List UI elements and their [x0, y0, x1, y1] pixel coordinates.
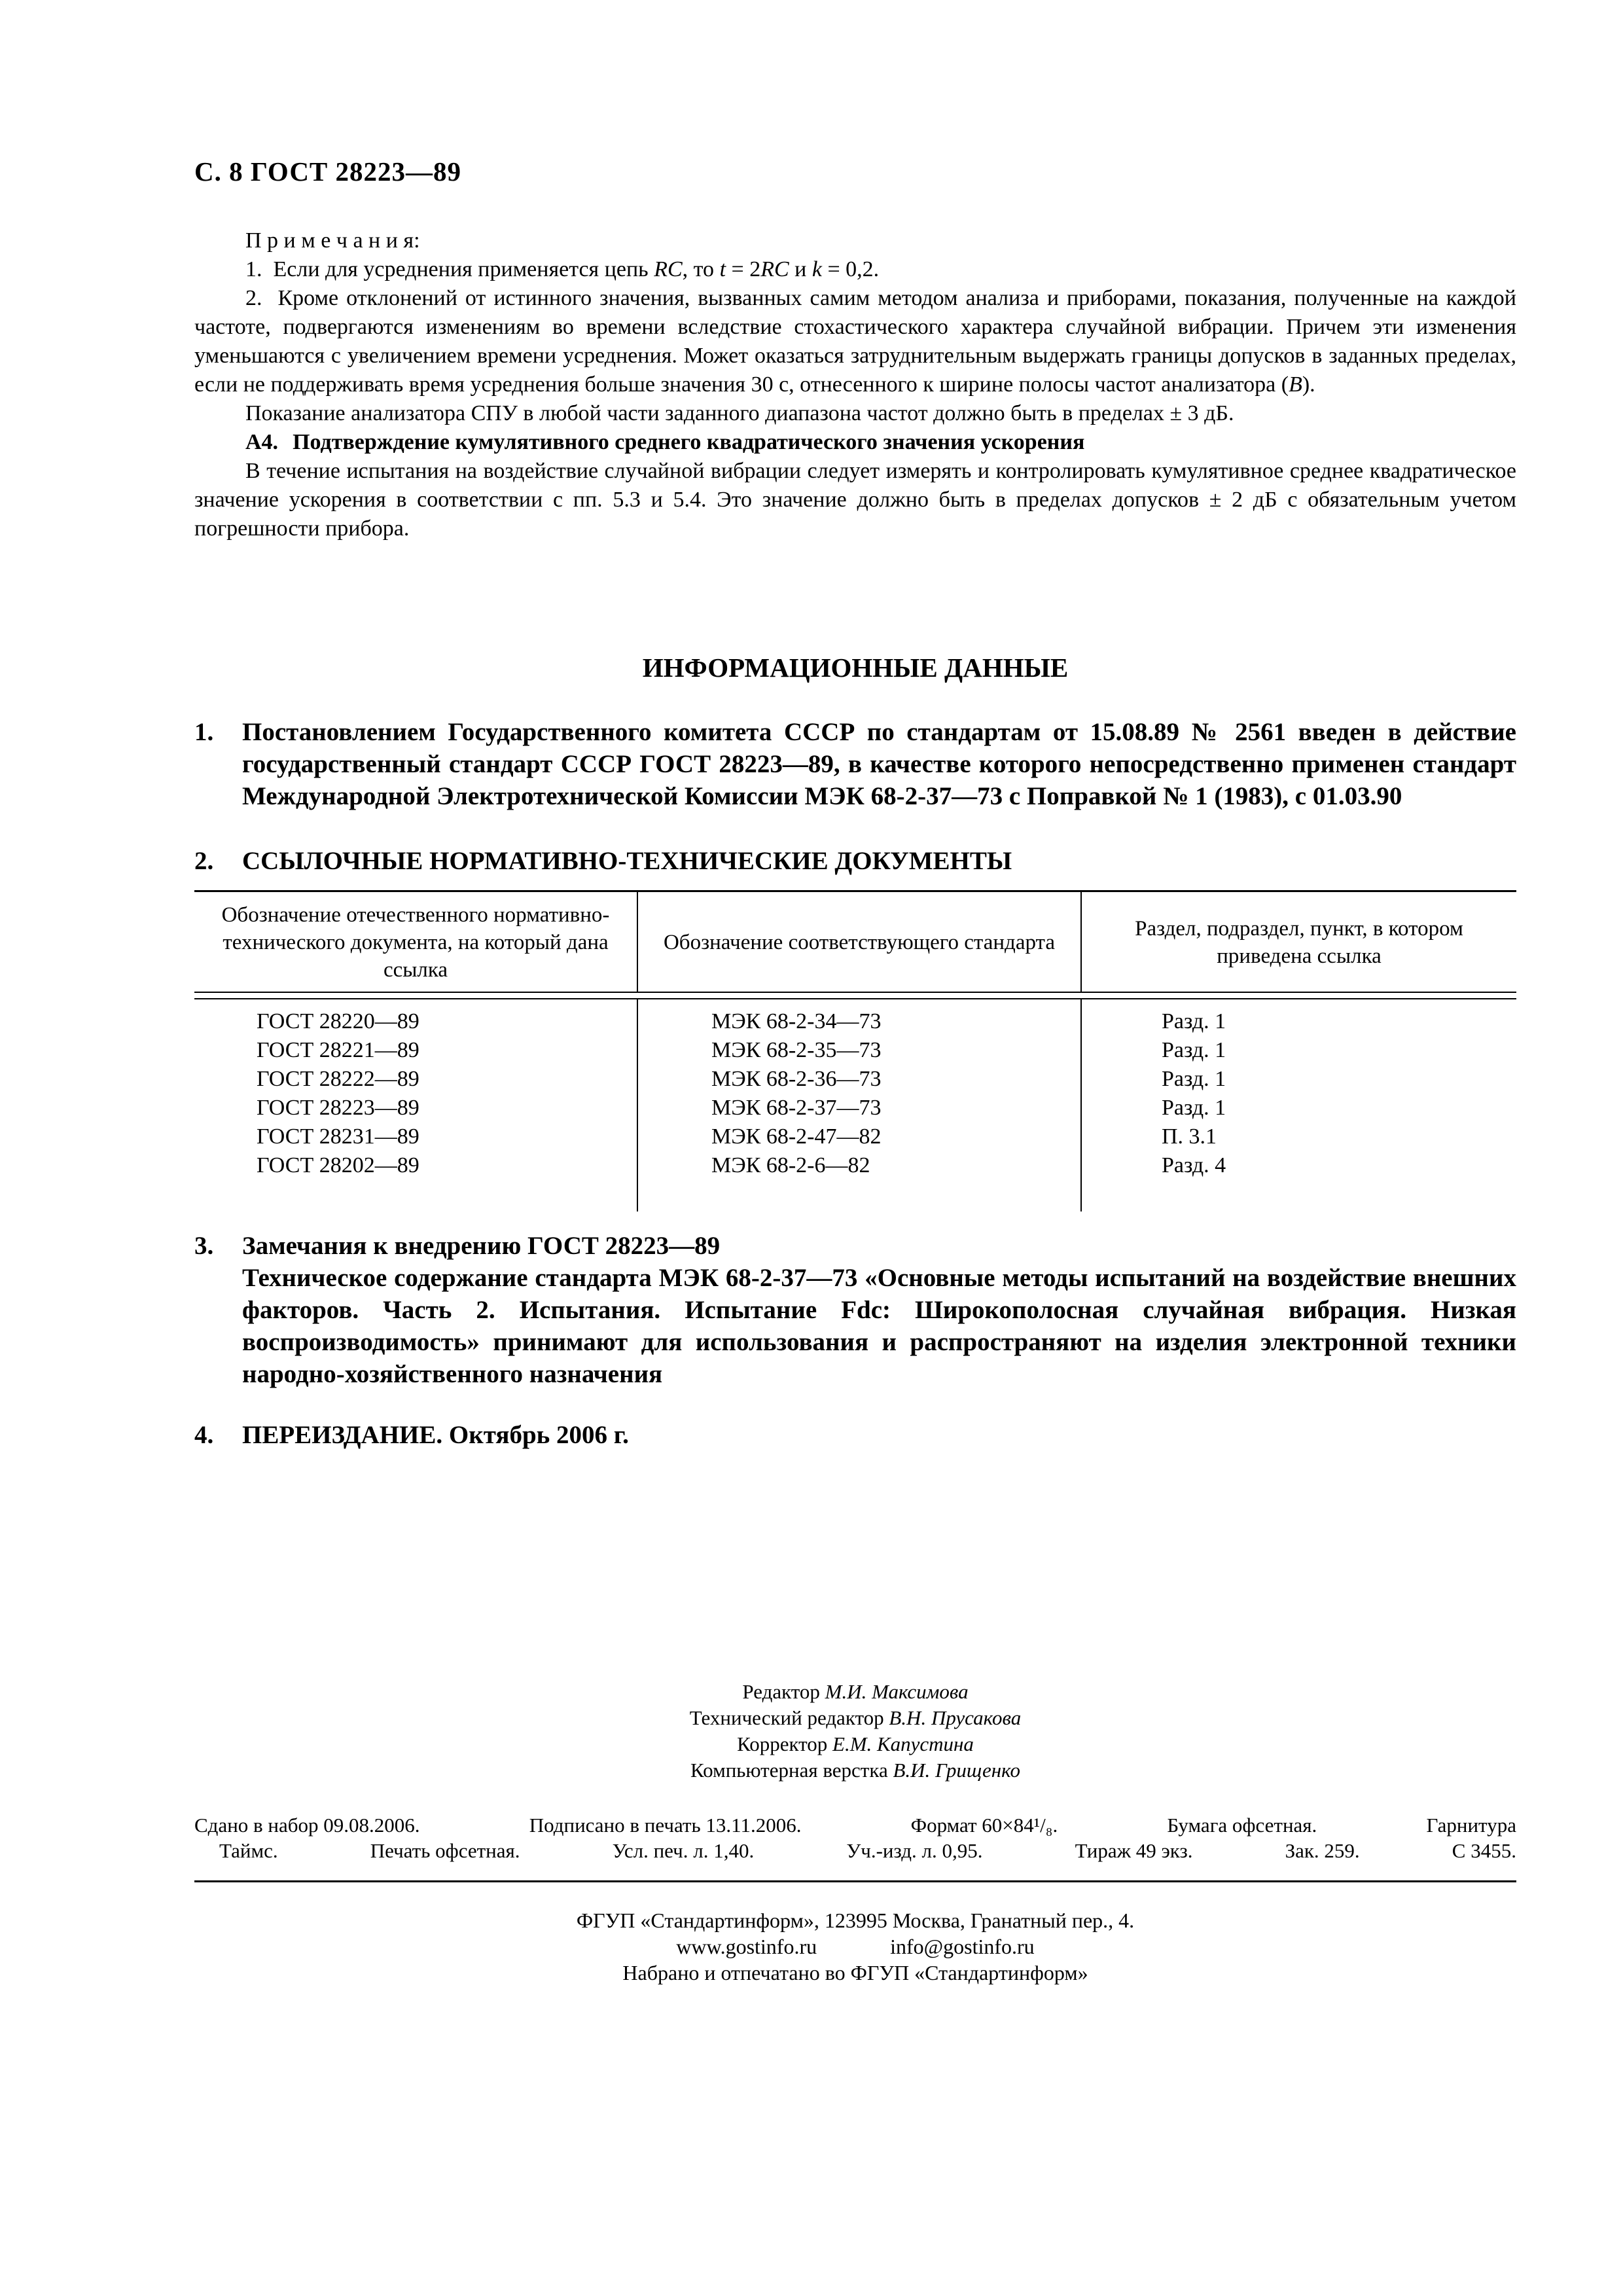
- imprint-item: Формат 60×84¹/₈.: [911, 1812, 1058, 1838]
- page-content: С. 8 ГОСТ 28223—89 П р и м е ч а н и я: …: [194, 0, 1516, 1986]
- table-cell: МЭК 68-2-6—82: [638, 1151, 1082, 1180]
- note-1-var-t: t: [720, 257, 726, 281]
- table-header-row: Обозначение отечественного нормативно-те…: [194, 892, 1516, 992]
- section-1-text: Постановлением Государственного комитета…: [242, 718, 1516, 810]
- section-4-number: 4.: [194, 1419, 213, 1451]
- table-cell: ГОСТ 28202—89: [194, 1151, 638, 1180]
- imprint-item: Сдано в набор 09.08.2006.: [194, 1812, 420, 1838]
- note-1-var-rc2: RC: [760, 257, 789, 281]
- imprint-item: Тираж 49 экз.: [1075, 1838, 1193, 1863]
- table-spacer: [194, 1180, 638, 1211]
- imprint-line-1: Сдано в набор 09.08.2006. Подписано в пе…: [194, 1812, 1516, 1838]
- editors-block: Редактор М.И. Максимова Технический реда…: [194, 1679, 1516, 1784]
- table-cell: ГОСТ 28220—89: [194, 1007, 638, 1036]
- a4-body: В течение испытания на воздействие случа…: [194, 457, 1516, 543]
- table-cell: ГОСТ 28221—89: [194, 1036, 638, 1065]
- note-2: 2. Кроме отклонений от истинного значени…: [194, 284, 1516, 399]
- table-header-col3: Раздел, подраздел, пункт, в котором прив…: [1082, 892, 1516, 992]
- section-1: 1.Постановлением Государственного комите…: [194, 716, 1516, 812]
- table-cell: МЭК 68-2-36—73: [638, 1065, 1082, 1094]
- table-cell: Разд. 1: [1082, 1065, 1516, 1094]
- section-3-body: Техническое содержание стандарта МЭК 68-…: [194, 1262, 1516, 1390]
- note-3: Показание анализатора СПУ в любой части …: [194, 399, 1516, 428]
- a4-number: А4.: [245, 430, 278, 454]
- table-cell: МЭК 68-2-34—73: [638, 1007, 1082, 1036]
- editor-role: Компьютерная верстка: [690, 1759, 888, 1782]
- editor-line: Технический редактор В.Н. Прусакова: [194, 1705, 1516, 1731]
- note-1-text: 1. Если для усреднения применяется цепь: [245, 257, 654, 281]
- notes-label: П р и м е ч а н и я:: [194, 226, 1516, 255]
- section-3-number: 3.: [194, 1230, 213, 1262]
- table-cell: МЭК 68-2-37—73: [638, 1094, 1082, 1122]
- note-1-text: = 0,2.: [822, 257, 879, 281]
- note-1-text: и: [789, 257, 812, 281]
- a4-title: Подтверждение кумулятивного среднего ква…: [293, 430, 1084, 454]
- section-2-heading: 2.ССЫЛОЧНЫЕ НОРМАТИВНО-ТЕХНИЧЕСКИЕ ДОКУМ…: [194, 845, 1516, 877]
- imprint-line-2: Таймс. Печать офсетная. Усл. печ. л. 1,4…: [194, 1838, 1516, 1863]
- imprint-item: Зак. 259.: [1285, 1838, 1360, 1863]
- publisher-links: www.gostinfo.ru info@gostinfo.ru: [194, 1933, 1516, 1960]
- imprint-item: Подписано в печать 13.11.2006.: [529, 1812, 802, 1838]
- table-spacer: [1082, 1180, 1516, 1211]
- table-cell: ГОСТ 28231—89: [194, 1122, 638, 1151]
- section-4-heading: 4.ПЕРЕИЗДАНИЕ. Октябрь 2006 г.: [194, 1419, 1516, 1451]
- section-4-text: ПЕРЕИЗДАНИЕ. Октябрь 2006 г.: [242, 1421, 629, 1449]
- editor-role: Технический редактор: [690, 1706, 884, 1729]
- a4-section: А4.Подтверждение кумулятивного среднего …: [194, 428, 1516, 543]
- table-cell: ГОСТ 28222—89: [194, 1065, 638, 1094]
- imprint-block: Сдано в набор 09.08.2006. Подписано в пе…: [194, 1812, 1516, 1863]
- note-2-text: 2. Кроме отклонений от истинного значени…: [194, 286, 1516, 397]
- publisher-email: info@gostinfo.ru: [890, 1933, 1035, 1960]
- section-1-number: 1.: [194, 716, 213, 748]
- section-1-paragraph: 1.Постановлением Государственного комите…: [194, 716, 1516, 812]
- table-cell: МЭК 68-2-35—73: [638, 1036, 1082, 1065]
- note-2-var-b: В: [1289, 372, 1302, 397]
- table-cell: ГОСТ 28223—89: [194, 1094, 638, 1122]
- section-2-title: ССЫЛОЧНЫЕ НОРМАТИВНО-ТЕХНИЧЕСКИЕ ДОКУМЕН…: [242, 847, 1012, 875]
- table-header-col2: Обозначение соответствующего стандарта: [638, 892, 1082, 992]
- table-header-col1: Обозначение отечественного нормативно-те…: [194, 892, 638, 992]
- table-spacer: [638, 1180, 1082, 1211]
- table-double-rule: [194, 992, 1516, 999]
- table-cell: Разд. 1: [1082, 1036, 1516, 1065]
- table-spacer: [638, 999, 1082, 1007]
- section-3-heading: 3.Замечания к внедрению ГОСТ 28223—89: [194, 1230, 1516, 1262]
- note-1: 1. Если для усреднения применяется цепь …: [194, 255, 1516, 284]
- note-2-text: ).: [1302, 372, 1315, 397]
- imprint-item: Гарнитура: [1426, 1812, 1516, 1838]
- imprint-item: Таймс.: [219, 1838, 278, 1863]
- publisher-website: www.gostinfo.ru: [676, 1933, 817, 1960]
- editor-name: Е.М. Капустина: [832, 1732, 974, 1755]
- a4-heading: А4.Подтверждение кумулятивного среднего …: [194, 428, 1516, 457]
- table-body: ГОСТ 28220—89 МЭК 68-2-34—73 Разд. 1 ГОС…: [194, 999, 1516, 1211]
- table-cell: П. 3.1: [1082, 1122, 1516, 1151]
- imprint-item: С 3455.: [1452, 1838, 1516, 1863]
- imprint-item: Печать офсетная.: [370, 1838, 520, 1863]
- info-data-heading: ИНФОРМАЦИОННЫЕ ДАННЫЕ: [194, 652, 1516, 683]
- notes-block: П р и м е ч а н и я: 1. Если для усредне…: [194, 226, 1516, 428]
- editor-role: Редактор: [742, 1680, 820, 1703]
- section-3-title: Замечания к внедрению ГОСТ 28223—89: [242, 1232, 720, 1260]
- imprint-item: Бумага офсетная.: [1167, 1812, 1317, 1838]
- table-cell: Разд. 1: [1082, 1007, 1516, 1036]
- imprint-item: Усл. печ. л. 1,40.: [613, 1838, 755, 1863]
- editor-name: В.И. Грищенко: [893, 1759, 1020, 1782]
- footer-rule: [194, 1880, 1516, 1882]
- reference-table: Обозначение отечественного нормативно-те…: [194, 890, 1516, 1211]
- document-page: С. 8 ГОСТ 28223—89 П р и м е ч а н и я: …: [0, 0, 1623, 2296]
- table-cell: Разд. 1: [1082, 1094, 1516, 1122]
- editor-line: Корректор Е.М. Капустина: [194, 1731, 1516, 1757]
- section-2-number: 2.: [194, 845, 213, 877]
- section-3: 3.Замечания к внедрению ГОСТ 28223—89 Те…: [194, 1230, 1516, 1390]
- editor-role: Корректор: [737, 1732, 827, 1755]
- note-1-var-rc1: RC: [654, 257, 682, 281]
- note-1-text: , то: [683, 257, 720, 281]
- printed-by-line: Набрано и отпечатано во ФГУП «Стандартин…: [194, 1960, 1516, 1986]
- editor-line: Компьютерная верстка В.И. Грищенко: [194, 1757, 1516, 1784]
- section-4: 4.ПЕРЕИЗДАНИЕ. Октябрь 2006 г.: [194, 1419, 1516, 1451]
- note-1-text: = 2: [726, 257, 760, 281]
- table-spacer: [194, 999, 638, 1007]
- page-header-label: С. 8 ГОСТ 28223—89: [194, 156, 1516, 187]
- editor-line: Редактор М.И. Максимова: [194, 1679, 1516, 1705]
- table-spacer: [1082, 999, 1516, 1007]
- table-cell: МЭК 68-2-47—82: [638, 1122, 1082, 1151]
- editor-name: М.И. Максимова: [825, 1680, 969, 1703]
- note-1-var-k: k: [812, 257, 822, 281]
- section-2: 2.ССЫЛОЧНЫЕ НОРМАТИВНО-ТЕХНИЧЕСКИЕ ДОКУМ…: [194, 845, 1516, 877]
- table-cell: Разд. 4: [1082, 1151, 1516, 1180]
- editor-name: В.Н. Прусакова: [889, 1706, 1021, 1729]
- imprint-item: Уч.-изд. л. 0,95.: [846, 1838, 982, 1863]
- publisher-footer: ФГУП «Стандартинформ», 123995 Москва, Гр…: [194, 1907, 1516, 1986]
- publisher-address: ФГУП «Стандартинформ», 123995 Москва, Гр…: [194, 1907, 1516, 1933]
